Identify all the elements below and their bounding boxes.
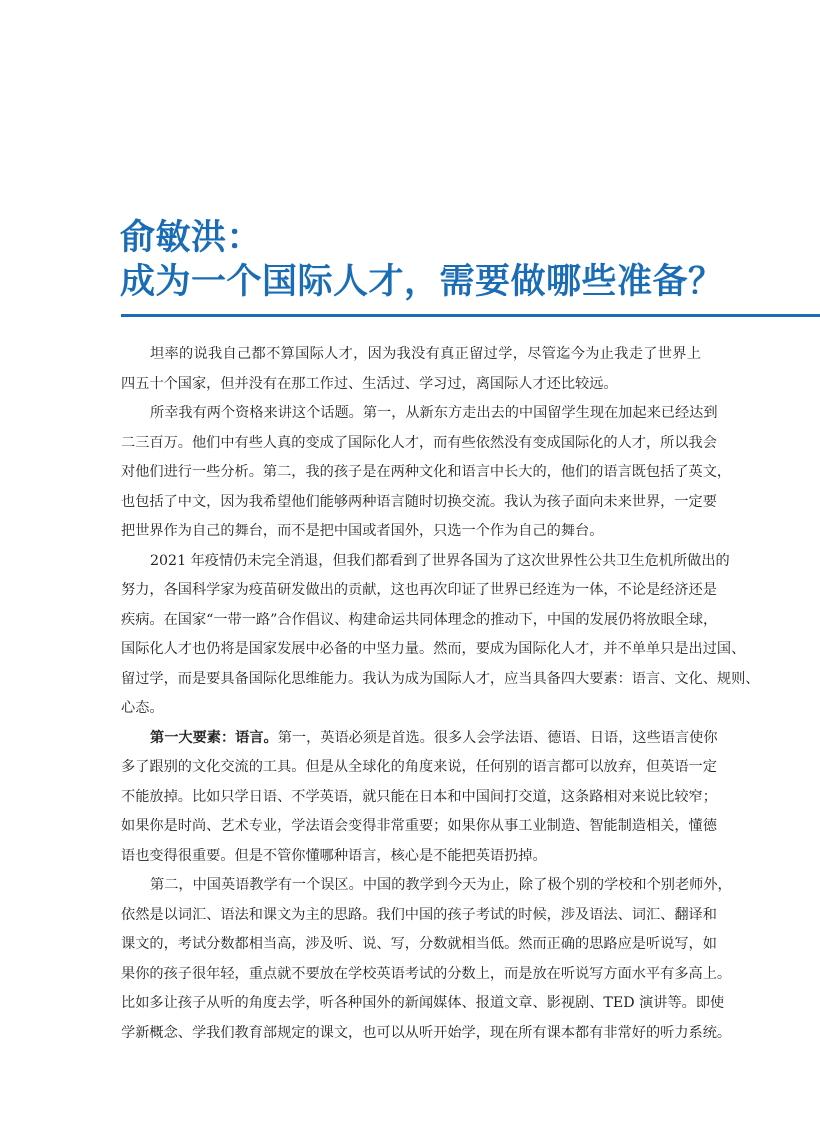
text-line: 心态。 [121, 694, 701, 724]
title-author-line: 俞敏洪： [120, 216, 820, 260]
bold-lead-in: 第一大要素：语言。 [150, 730, 278, 746]
text-line: 果你的孩子很年轻，重点就不要放在学校英语考试的分数上，而是放在听说写方面水平有多… [121, 960, 701, 990]
text-line: 疾病。在国家“一带一路”合作倡议、构建命运共同体理念的推动下，中国的发展仍将放眼… [121, 606, 701, 636]
text-line: 2021 年疫情仍未完全消退，但我们都看到了世界各国为了这次世界性公共卫生危机所… [121, 547, 701, 577]
text-line: 不能放掉。比如只学日语、不学英语，就只能在日本和中国间打交道，这条路相对来说比较… [121, 783, 701, 813]
text-line: 如果你是时尚、艺术专业，学法语会变得非常重要；如果你从事工业制造、智能制造相关，… [121, 812, 701, 842]
text-line: 多了跟别的文化交流的工具。但是从全球化的角度来说，任何别的语言都可以放弃，但英语… [121, 753, 701, 783]
paragraph-5: 第二，中国英语教学有一个误区。中国的教学到今天为止，除了极个别的学校和个别老师外… [121, 871, 701, 1048]
paragraph-2: 所幸我有两个资格来讲这个话题。第一，从新东方走出去的中国留学生现在加起来已经达到… [121, 399, 701, 547]
article-title: 俞敏洪： 成为一个国际人才，需要做哪些准备？ [120, 216, 820, 304]
text-line: 比如多让孩子从听的角度去学，听各种国外的新闻媒体、报道文章、影视剧、TED 演讲… [121, 989, 701, 1019]
text-line: 学新概念、学我们教育部规定的课文，也可以从听开始学，现在所有课本都有非常好的听力… [121, 1019, 701, 1049]
text-line: 对他们进行一些分析。第二，我的孩子是在两种文化和语言中长大的，他们的语言既包括了… [121, 458, 701, 488]
text-line: 也包括了中文，因为我希望他们能够两种语言随时切换交流。我认为孩子面向未来世界，一… [121, 488, 701, 518]
text-line: 语也变得很重要。但是不管你懂哪种语言，核心是不能把英语扔掉。 [121, 842, 701, 872]
text-line: 国际化人才也仍将是国家发展中必备的中坚力量。然而，要成为国际化人才，并不单单只是… [121, 635, 701, 665]
text-line: 二三百万。他们中有些人真的变成了国际化人才，而有些依然没有变成国际化的人才，所以… [121, 429, 701, 459]
text-line: 所幸我有两个资格来讲这个话题。第一，从新东方走出去的中国留学生现在加起来已经达到 [121, 399, 701, 429]
text-line: 努力，各国科学家为疫苗研发做出的贡献，这也再次印证了世界已经连为一体，不论是经济… [121, 576, 701, 606]
paragraph-1: 坦率的说我自己都不算国际人才，因为我没有真正留过学，尽管迄今为止我走了世界上 四… [121, 340, 701, 399]
article-body: 坦率的说我自己都不算国际人才，因为我没有真正留过学，尽管迄今为止我走了世界上 四… [121, 340, 701, 1048]
text-line: 第一大要素：语言。第一，英语必须是首选。很多人会学法语、德语、日语，这些语言使你 [121, 724, 701, 754]
paragraph-4: 第一大要素：语言。第一，英语必须是首选。很多人会学法语、德语、日语，这些语言使你… [121, 724, 701, 872]
text-line: 四五十个国家，但并没有在那工作过、生活过、学习过，离国际人才还比较远。 [121, 370, 701, 400]
text-line: 第二，中国英语教学有一个误区。中国的教学到今天为止，除了极个别的学校和个别老师外… [121, 871, 701, 901]
document-page: 俞敏洪： 成为一个国际人才，需要做哪些准备？ 坦率的说我自己都不算国际人才，因为… [0, 0, 820, 1122]
paragraph-3: 2021 年疫情仍未完全消退，但我们都看到了世界各国为了这次世界性公共卫生危机所… [121, 547, 701, 724]
title-divider [121, 314, 820, 317]
title-question-line: 成为一个国际人才，需要做哪些准备？ [120, 260, 820, 304]
text-line: 依然是以词汇、语法和课文为主的思路。我们中国的孩子考试的时候，涉及语法、词汇、翻… [121, 901, 701, 931]
text-line: 课文的，考试分数都相当高，涉及听、说、写，分数就相当低。然而正确的思路应是听说写… [121, 930, 701, 960]
text-line-rest: 第一，英语必须是首选。很多人会学法语、德语、日语，这些语言使你 [278, 730, 718, 746]
text-line: 留过学，而是要具备国际化思维能力。我认为成为国际人才，应当具备四大要素：语言、文… [121, 665, 701, 695]
text-line: 坦率的说我自己都不算国际人才，因为我没有真正留过学，尽管迄今为止我走了世界上 [121, 340, 701, 370]
text-line: 把世界作为自己的舞台，而不是把中国或者国外，只选一个作为自己的舞台。 [121, 517, 701, 547]
